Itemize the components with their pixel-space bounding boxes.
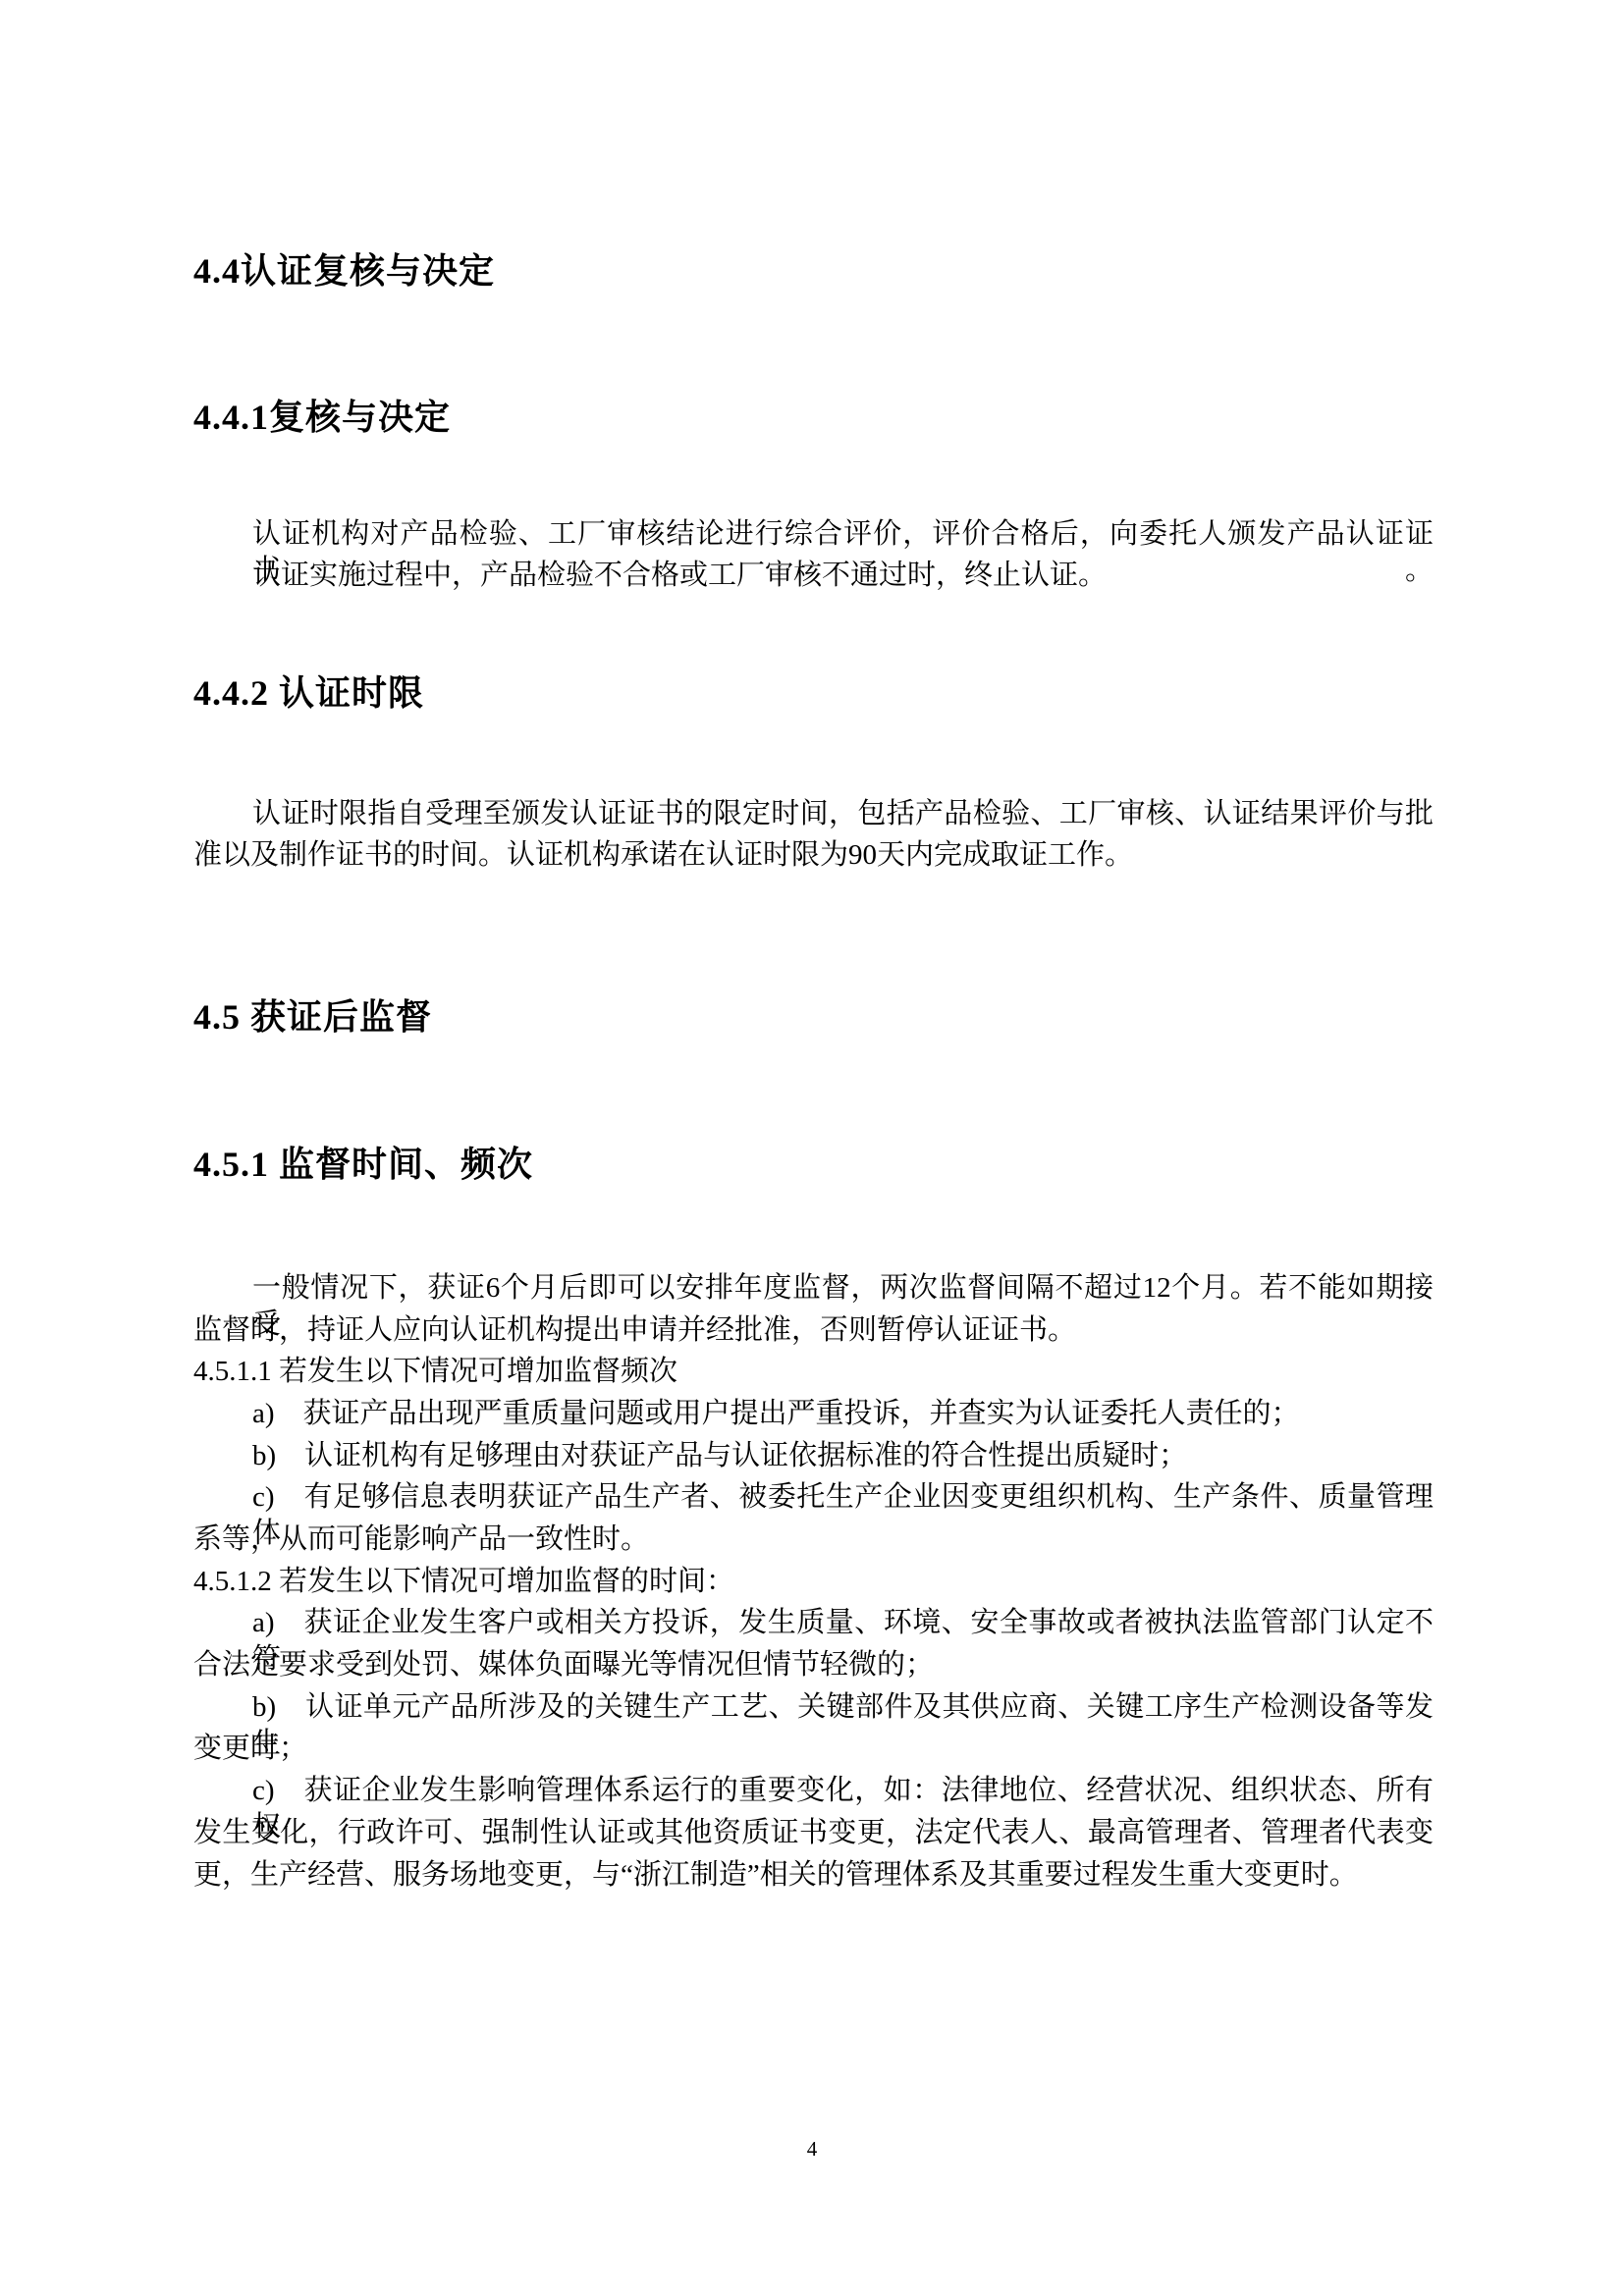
- document-page: 4.4认证复核与决定 4.4.1复核与决定 认证机构对产品检验、工厂审核结论进行…: [0, 0, 1624, 2296]
- item-a-2-cont: 合法定要求受到处罚、媒体负面曝光等情况但情节轻微的；: [193, 1647, 1434, 1683]
- para-4-4-2-line-1: 认证时限指自受理至颁发认证证书的限定时间，包括产品检验、工厂审核、认证结果评价与…: [252, 796, 1434, 832]
- para-4-4-1-line-2: 认证实施过程中，产品检验不合格或工厂审核不通过时，终止认证。: [252, 558, 1434, 594]
- heading-4-5: 4.5 获证后监督: [193, 997, 432, 1037]
- item-c-2-cont-1: 发生变化，行政许可、强制性认证或其他资质证书变更，法定代表人、最高管理者、管理者…: [193, 1815, 1434, 1851]
- heading-4-4-2: 4.4.2 认证时限: [193, 673, 424, 713]
- heading-4-4: 4.4认证复核与决定: [193, 251, 495, 291]
- body-line-2: 监督时，持证人应向认证机构提出申请并经批准，否则暂停认证证书。: [193, 1312, 1434, 1349]
- heading-4-4-1: 4.4.1复核与决定: [193, 398, 451, 437]
- clause-4-5-1-2: 4.5.1.2 若发生以下情况可增加监督的时间：: [193, 1564, 1434, 1600]
- page-number: 4: [0, 2136, 1624, 2162]
- item-c-1-cont: 系等，从而可能影响产品一致性时。: [193, 1522, 1434, 1558]
- item-b-2-cont: 变更时；: [193, 1731, 1434, 1767]
- item-c-2-cont-2: 更，生产经营、服务场地变更，与“浙江制造”相关的管理体系及其重要过程发生重大变更…: [193, 1857, 1434, 1894]
- para-4-4-2-line-2: 准以及制作证书的时间。认证机构承诺在认证时限为90天内完成取证工作。: [193, 837, 1434, 874]
- heading-4-5-1: 4.5.1 监督时间、频次: [193, 1145, 533, 1184]
- item-b-1: b) 认证机构有足够理由对获证产品与认证依据标准的符合性提出质疑时；: [252, 1438, 1434, 1474]
- clause-4-5-1-1: 4.5.1.1 若发生以下情况可增加监督频次: [193, 1354, 1434, 1390]
- item-a-1: a) 获证产品出现严重质量问题或用户提出严重投诉，并查实为认证委托人责任的；: [252, 1396, 1434, 1432]
